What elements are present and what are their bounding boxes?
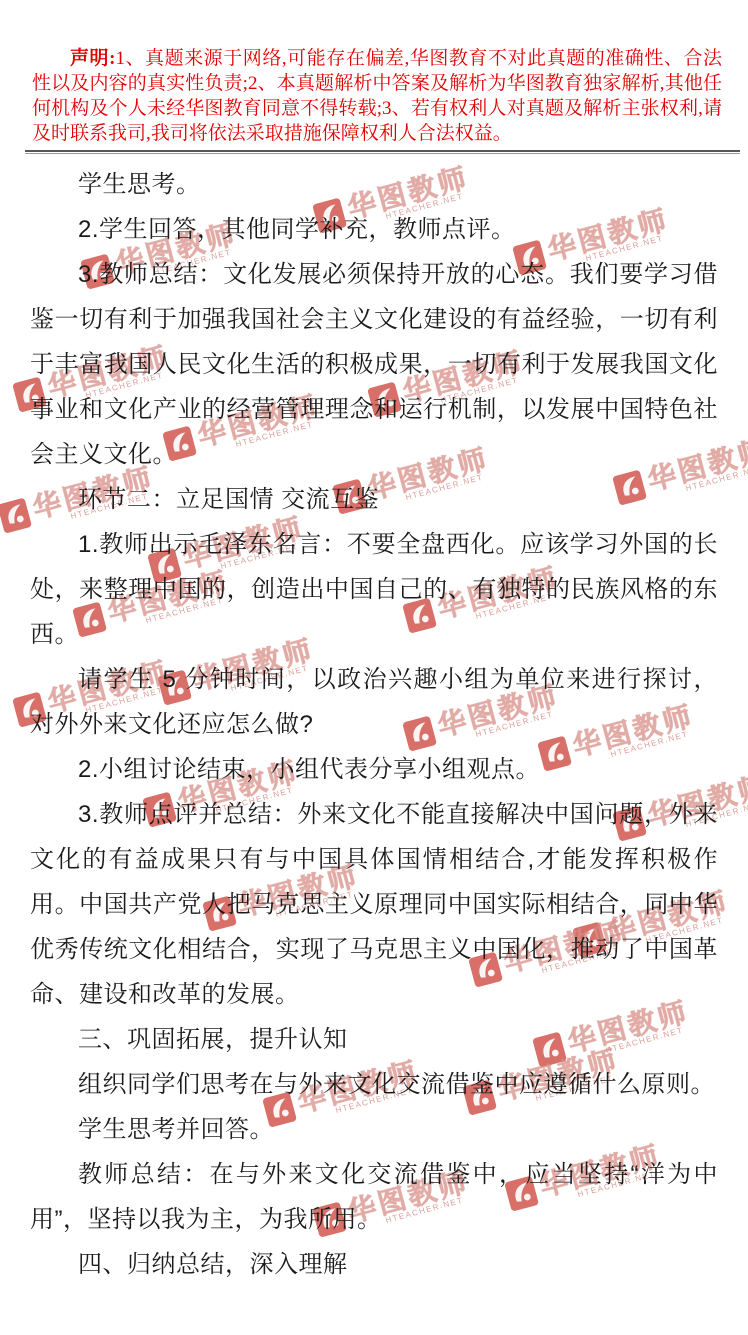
- paragraph: 3.教师总结：文化发展必须保持开放的心态。我们要学习借鉴一切有利于加强我国社会主…: [30, 252, 718, 477]
- document-body: 学生思考。2.学生回答，其他同学补充，教师点评。3.教师总结：文化发展必须保持开…: [0, 154, 748, 1287]
- disclaimer-text: 1、真题来源于网络,可能存在偏差,华图教育不对此真题的准确性、合法性以及内容的真…: [32, 48, 722, 144]
- document-page: 华图教师HTEACHER.NET华图教师HTEACHER.NET华图教师HTEA…: [0, 0, 748, 1335]
- paragraph: 2.小组讨论结束，小组代表分享小组观点。: [30, 747, 718, 792]
- paragraph: 学生思考。: [30, 162, 718, 207]
- paragraph: 请学生 5 分钟时间，以政治兴趣小组为单位来进行探讨，对外外来文化还应怎么做?: [30, 657, 718, 747]
- disclaimer-label: 声明:: [70, 48, 115, 69]
- paragraph: 三、巩固拓展，提升认知: [30, 1017, 718, 1062]
- paragraph: 组织同学们思考在与外来文化交流借鉴中应遵循什么原则。: [30, 1062, 718, 1107]
- paragraph: 教师总结：在与外来文化交流借鉴中，应当坚持“洋为中用”，坚持以我为主，为我所用。: [30, 1152, 718, 1242]
- disclaimer: 声明:1、真题来源于网络,可能存在偏差,华图教育不对此真题的准确性、合法性以及内…: [0, 0, 748, 146]
- paragraph: 学生思考并回答。: [30, 1107, 718, 1152]
- paragraph: 2.学生回答，其他同学补充，教师点评。: [30, 207, 718, 252]
- paragraph: 环节二：立足国情 交流互鉴: [30, 477, 718, 522]
- paragraph: 四、归纳总结，深入理解: [30, 1242, 718, 1287]
- paragraph: 1.教师出示毛泽东名言：不要全盘西化。应该学习外国的长处，来整理中国的，创造出中…: [30, 522, 718, 657]
- paragraph: 3.教师点评并总结：外来文化不能直接解决中国问题，外来文化的有益成果只有与中国具…: [30, 792, 718, 1017]
- document-content: 声明:1、真题来源于网络,可能存在偏差,华图教育不对此真题的准确性、合法性以及内…: [0, 0, 748, 1287]
